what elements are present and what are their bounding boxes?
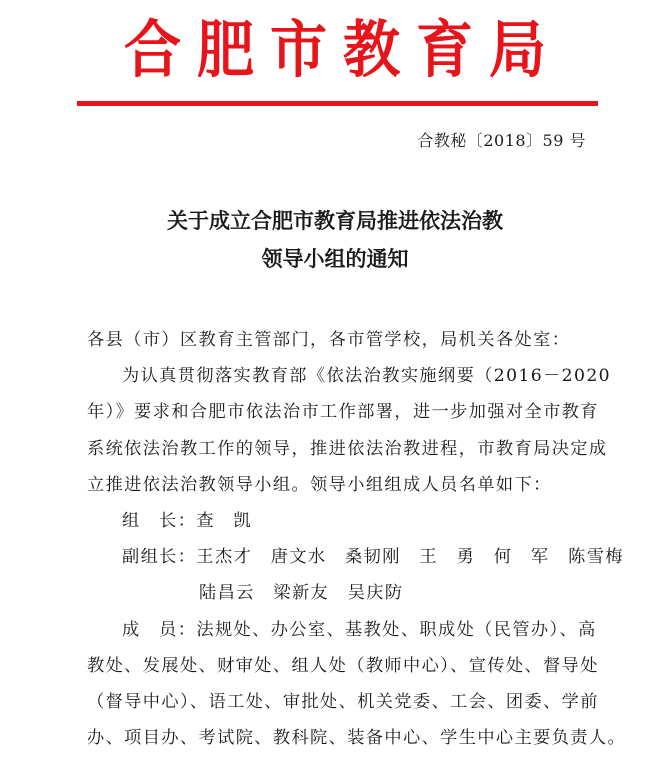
paragraph-line: 系统依法治教工作的领导，推进依法治教进程，市教育局决定成 xyxy=(87,431,587,467)
salutation: 各县（市）区教育主管部门，各市管学校，局机关各处室： xyxy=(87,322,587,358)
document-number: 合教秘〔2018〕59 号 xyxy=(417,128,586,151)
masthead-char: 局 xyxy=(484,10,551,90)
headline-line-2: 领导小组的通知 xyxy=(0,240,670,278)
notice-body: 各县（市）区教育主管部门，各市管学校，局机关各处室： 为认真贯彻落实教育部《依法… xyxy=(87,322,587,756)
deputy-leaders: 副组长：王杰才 唐文水 桑韧刚 王 勇 何 军 陈雪梅 xyxy=(87,539,587,575)
paragraph-line: 立推进依法治教领导小组。领导小组组成人员名单如下： xyxy=(87,467,587,503)
masthead-char: 肥 xyxy=(192,10,259,90)
headline-line-1: 关于成立合肥市教育局推进依法治教 xyxy=(0,202,670,240)
notice-headline: 关于成立合肥市教育局推进依法治教 领导小组的通知 xyxy=(0,202,670,278)
masthead-char: 合 xyxy=(119,10,186,90)
members-line: 教处、发展处、财审处、组人处（教师中心）、宣传处、督导处 xyxy=(87,648,587,684)
members-line: （督导中心）、语工处、审批处、机关党委、工会、团委、学前 xyxy=(87,684,587,720)
group-leader: 组 长：查 凯 xyxy=(87,503,587,539)
deputy-leaders-cont: 陆昌云 梁新友 吴庆防 xyxy=(87,575,587,611)
masthead-char: 育 xyxy=(411,10,478,90)
members-line: 办、项目办、考试院、教科院、装备中心、学生中心主要负责人。 xyxy=(87,720,587,756)
red-divider xyxy=(77,101,598,106)
masthead-char: 教 xyxy=(338,10,405,90)
members-line: 成 员：法规处、办公室、基教处、职成处（民管办）、高 xyxy=(87,612,587,648)
masthead-title: 合 肥 市 教 育 局 xyxy=(0,10,670,90)
paragraph-line: 为认真贯彻落实教育部《依法治教实施纲要（2016－2020 xyxy=(87,358,587,394)
paragraph-line: 年）》要求和合肥市依法治市工作部署，进一步加强对全市教育 xyxy=(87,394,587,430)
masthead-char: 市 xyxy=(265,10,332,90)
